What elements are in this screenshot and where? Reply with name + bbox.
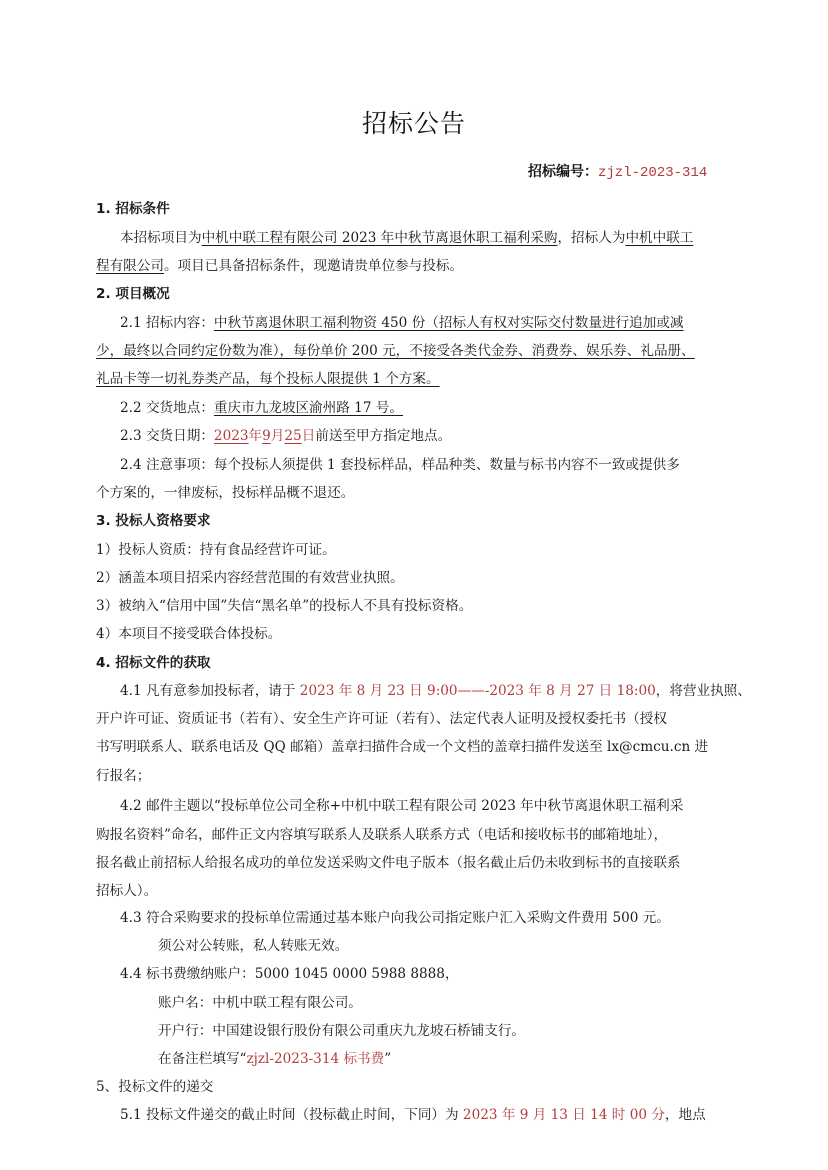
text: 本招标项目为 [120, 230, 202, 246]
item-4-4-bank: 开户行：中国建设银行股份有限公司重庆九龙坡石桥铺支行。 [158, 1021, 798, 1041]
section-2-heading: 2. 项目概况 [96, 284, 736, 304]
section-1-paragraph-line-1: 本招标项目为中机中联工程有限公司 2023 年中秋节离退休职工福利采购，招标人为… [120, 228, 760, 248]
project-name: 中机中联工程有限公司 2023 年中秋节离退休职工福利采购 [202, 230, 558, 246]
remark-value: zjzl-2023-314 标书费 [247, 1051, 385, 1067]
bid-number: 招标编号：zjzl-2023-314 [528, 161, 707, 181]
item-2-1-line-3: 礼品卡等一切礼券类产品，每个投标人限提供 1 个方案。 [96, 369, 736, 389]
text: 在备注栏填写“ [158, 1051, 247, 1067]
item-4-2-line-3: 报名截止前招标人给报名成功的单位发送采购文件电子版本（报名截止后仍未收到标书的直… [96, 853, 736, 873]
text: 5.1 投标文件递交的截止时间（投标截止时间，下同）为 [120, 1107, 463, 1123]
text: ，地点 [665, 1107, 706, 1123]
text: ” [384, 1051, 391, 1067]
tender-content: 中秋节离退休职工福利物资 450 份（招标人有权对实际交付数量进行追加或减 [214, 315, 684, 331]
item-2-3: 2.3 交货日期：2023年9月25日前送至甲方指定地点。 [120, 426, 760, 446]
item-2-2: 2.2 交货地点：重庆市九龙坡区渝州路 17 号。 [120, 398, 760, 418]
item-2-1-line-2: 少，最终以合同约定份数为准），每份单价 200 元，不接受各类代金券、消费券、娱… [96, 341, 736, 361]
tenderer-name: 中机中联工 [625, 230, 693, 246]
qualification-item: 4）本项目不接受联合体投标。 [96, 624, 736, 644]
text: 年 [249, 428, 263, 444]
label: 2.1 招标内容： [120, 315, 214, 331]
item-4-1-line-1: 4.1 凡有意参加投标者，请于 2023 年 8 月 23 日 9:00——-2… [120, 681, 760, 701]
qualification-item: 1）投标人资质：持有食品经营许可证。 [96, 540, 736, 560]
item-4-2-line-2: 购报名资料”命名，邮件正文内容填写联系人及联系人联系方式（电话和接收标书的邮箱地… [96, 825, 736, 845]
label: 2.3 交货日期： [120, 428, 214, 444]
item-4-1-line-3: 书写明联系人、联系电话及 QQ 邮箱）盖章扫描件合成一个文档的盖章扫描件发送至 … [96, 737, 736, 757]
text: 月 [271, 428, 285, 444]
text: 前送至甲方指定地点。 [315, 428, 451, 444]
item-4-1-line-4: 行报名； [96, 766, 736, 786]
item-4-4-account-name: 账户名：中机中联工程有限公司。 [158, 993, 798, 1013]
item-4-4-account: 4.4 标书费缴纳账户：5000 1045 0000 5988 8888， [120, 964, 760, 984]
delivery-day: 25 [284, 428, 301, 444]
item-4-2-line-4: 招标人）。 [96, 881, 736, 901]
document-page: 招标公告 招标编号：zjzl-2023-314 1. 招标条件 本招标项目为中机… [0, 0, 828, 1170]
item-2-4-line-2: 个方案的，一律废标，投标样品概不退还。 [96, 483, 736, 503]
text: ，将营业执照、 [656, 683, 751, 699]
submission-deadline: 2023 年 9 月 13 日 14 时 00 分 [463, 1107, 665, 1123]
text: 。项目已具备招标条件，现邀请贵单位参与投标。 [164, 258, 463, 274]
delivery-year: 2023 [214, 428, 249, 444]
item-4-3-line-1: 4.3 符合采购要求的投标单位需通过基本账户向我公司指定账户汇入采购文件费用 5… [120, 908, 760, 928]
section-5-heading: 5、投标文件的递交 [96, 1077, 736, 1097]
section-3-heading: 3. 投标人资格要求 [96, 511, 736, 531]
text: 4.1 凡有意参加投标者，请于 [120, 683, 300, 699]
section-4-heading: 4. 招标文件的获取 [96, 653, 736, 673]
section-1-heading: 1. 招标条件 [96, 199, 736, 219]
text: ，招标人为 [557, 230, 625, 246]
item-4-2-line-1: 4.2 邮件主题以“投标单位公司全称+中机中联工程有限公司 2023 年中秋节离… [120, 796, 760, 816]
bid-number-value: zjzl-2023-314 [598, 165, 707, 181]
item-2-1-line-1: 2.1 招标内容：中秋节离退休职工福利物资 450 份（招标人有权对实际交付数量… [120, 313, 760, 333]
registration-period: 2023 年 8 月 23 日 9:00——-2023 年 8 月 27 日 1… [300, 683, 656, 699]
qualification-item: 2）涵盖本项目招采内容经营范围的有效营业执照。 [96, 568, 736, 588]
tenderer-name-cont: 程有限公司 [96, 258, 164, 274]
section-1-paragraph-line-2: 程有限公司。项目已具备招标条件，现邀请贵单位参与投标。 [96, 256, 736, 276]
label: 2.2 交货地点： [120, 400, 214, 416]
text: 日 [302, 428, 316, 444]
item-2-4-line-1: 2.4 注意事项：每个投标人须提供 1 套投标样品，样品种类、数量与标书内容不一… [120, 455, 760, 475]
bid-number-label: 招标编号： [528, 164, 598, 180]
item-4-3-line-2: 须公对公转账，私人转账无效。 [158, 936, 798, 956]
delivery-month: 9 [262, 428, 271, 444]
delivery-location: 重庆市九龙坡区渝州路 17 号。 [214, 400, 403, 416]
item-5-1-line-1: 5.1 投标文件递交的截止时间（投标截止时间，下同）为 2023 年 9 月 1… [120, 1105, 760, 1125]
page-title: 招标公告 [0, 104, 828, 140]
item-4-4-remark: 在备注栏填写“zjzl-2023-314 标书费” [158, 1049, 798, 1069]
qualification-item: 3）被纳入“信用中国”失信“黑名单”的投标人不具有投标资格。 [96, 596, 736, 616]
item-4-1-line-2: 开户许可证、资质证书（若有）、安全生产许可证（若有）、法定代表人证明及授权委托书… [96, 709, 736, 729]
